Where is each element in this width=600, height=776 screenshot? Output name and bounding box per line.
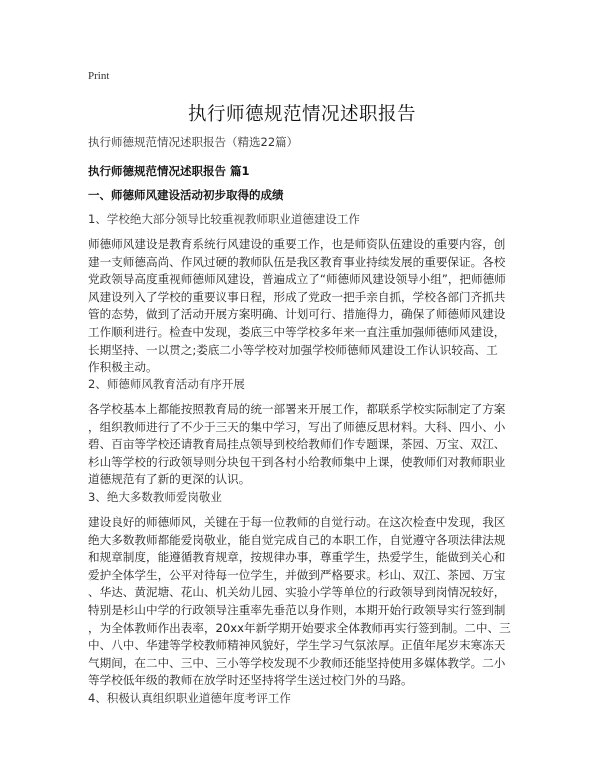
document-title: 执行师德规范情况述职报告: [88, 100, 516, 126]
item-3-paragraph: 建设良好的师德师风，关键在于每一位教师的自觉行动。在这次检查中发现，我区 绝大多…: [88, 514, 516, 690]
paragraph-line: 绝大多数教师都能爱岗敬业，能自觉完成自己的本职工作，自觉遵守各项法律法规: [88, 532, 516, 550]
paragraph-line: 工作顺利进行。检查中发现，娄底三中等学校多年来一直注重加强师德师风建设，: [88, 324, 516, 342]
paragraph-line: 各学校基本上都能按照教育局的统一部署来开展工作，都联系学校实际制定了方案: [88, 401, 516, 419]
paragraph-line: 长期坚持、一以贯之;娄底二小等学校对加强学校师德师风建设工作认识较高、工: [88, 342, 516, 360]
item-1-heading: 1、学校绝大部分领导比较重视教师职业道德建设工作: [88, 211, 360, 227]
paragraph-line: 建设良好的师德师风，关键在于每一位教师的自觉行动。在这次检查中发现，我区: [88, 514, 516, 532]
item-2-heading: 2、师德师风教育活动有序开展: [88, 376, 245, 392]
paragraph-line: 道德规范有了新的更深的认识。: [88, 471, 516, 489]
paragraph-line: 爱护全体学生，公平对待每一位学生，并做到严格要求。杉山、双江、茶园、万宝: [88, 567, 516, 585]
paragraph-line: 风建设列入了学校的重要议事日程，形成了党政一把手亲自抓，学校各部门齐抓共: [88, 289, 516, 307]
item-1-paragraph: 师德师风建设是教育系统行风建设的重要工作，也是师资队伍建设的重要内容，创 建一支…: [88, 236, 516, 377]
paragraph-line: 特别是杉山中学的行政领导注重率先垂范以身作则，本期开始行政领导实行签到制: [88, 602, 516, 620]
paragraph-line: 和规章制度，能遵循教育规章，按规律办事，尊重学生，热爱学生，能做到关心和: [88, 549, 516, 567]
paragraph-line: 、华达、黄泥塘、花山、机关幼儿园、实验小学等单位的行政领导到岗情况较好，: [88, 584, 516, 602]
document-subtitle: 执行师德规范情况述职报告（精选22篇）: [88, 134, 298, 150]
paragraph-line: 杉山等学校的行政领导则分块包干到各村小给教师集中上课，使教师们对教师职业: [88, 454, 516, 472]
heading-one: 一、师德师风建设活动初步取得的成绩: [88, 187, 284, 203]
paragraph-line: ，组织教师进行了不少于三天的集中学习，写出了师德反思材料。大科、四小、小: [88, 419, 516, 437]
paragraph-line: 管的态势，做到了活动开展方案明确、计划可行、措施得力，确保了师德师风建设: [88, 306, 516, 324]
item-3-heading: 3、绝大多数教师爱岗敬业: [88, 489, 222, 505]
paragraph-line: 建一支师德高尚、作风过硬的教师队伍是我区教育事业持续发展的重要保证。各校: [88, 254, 516, 272]
paragraph-line: 中、八中、华建等学校教师精神风貌好，学生学习气氛浓厚。正值年尾岁末寒冻天: [88, 637, 516, 655]
paragraph-line: 气期间，在二中、三中、三小等学校发现不少教师还能坚持使用多媒体教学。二小: [88, 655, 516, 673]
paragraph-line: 党政领导高度重视师德师风建设，普遍成立了“师德师风建设领导小组”，把师德师: [88, 271, 516, 289]
section-title: 执行师德规范情况述职报告 篇1: [88, 163, 250, 179]
print-label: Print: [88, 70, 109, 82]
paragraph-line: 师德师风建设是教育系统行风建设的重要工作，也是师资队伍建设的重要内容，创: [88, 236, 516, 254]
paragraph-line: 碧、百亩等学校还请教育局挂点领导到校给教师们作专题课，茶园、万宝、双江、: [88, 436, 516, 454]
item-4-heading: 4、积极认真组织职业道德年度考评工作: [88, 690, 291, 706]
paragraph-line: 作积极主动。: [88, 359, 516, 377]
paragraph-line: 等学校低年级的教师在放学时还坚持将学生送过校门外的马路。: [88, 672, 516, 690]
item-2-paragraph: 各学校基本上都能按照教育局的统一部署来开展工作，都联系学校实际制定了方案 ，组织…: [88, 401, 516, 489]
paragraph-line: ，为全体教师作出表率，20xx年新学期开始要求全体教师再实行签到制。二中、三: [88, 620, 516, 638]
